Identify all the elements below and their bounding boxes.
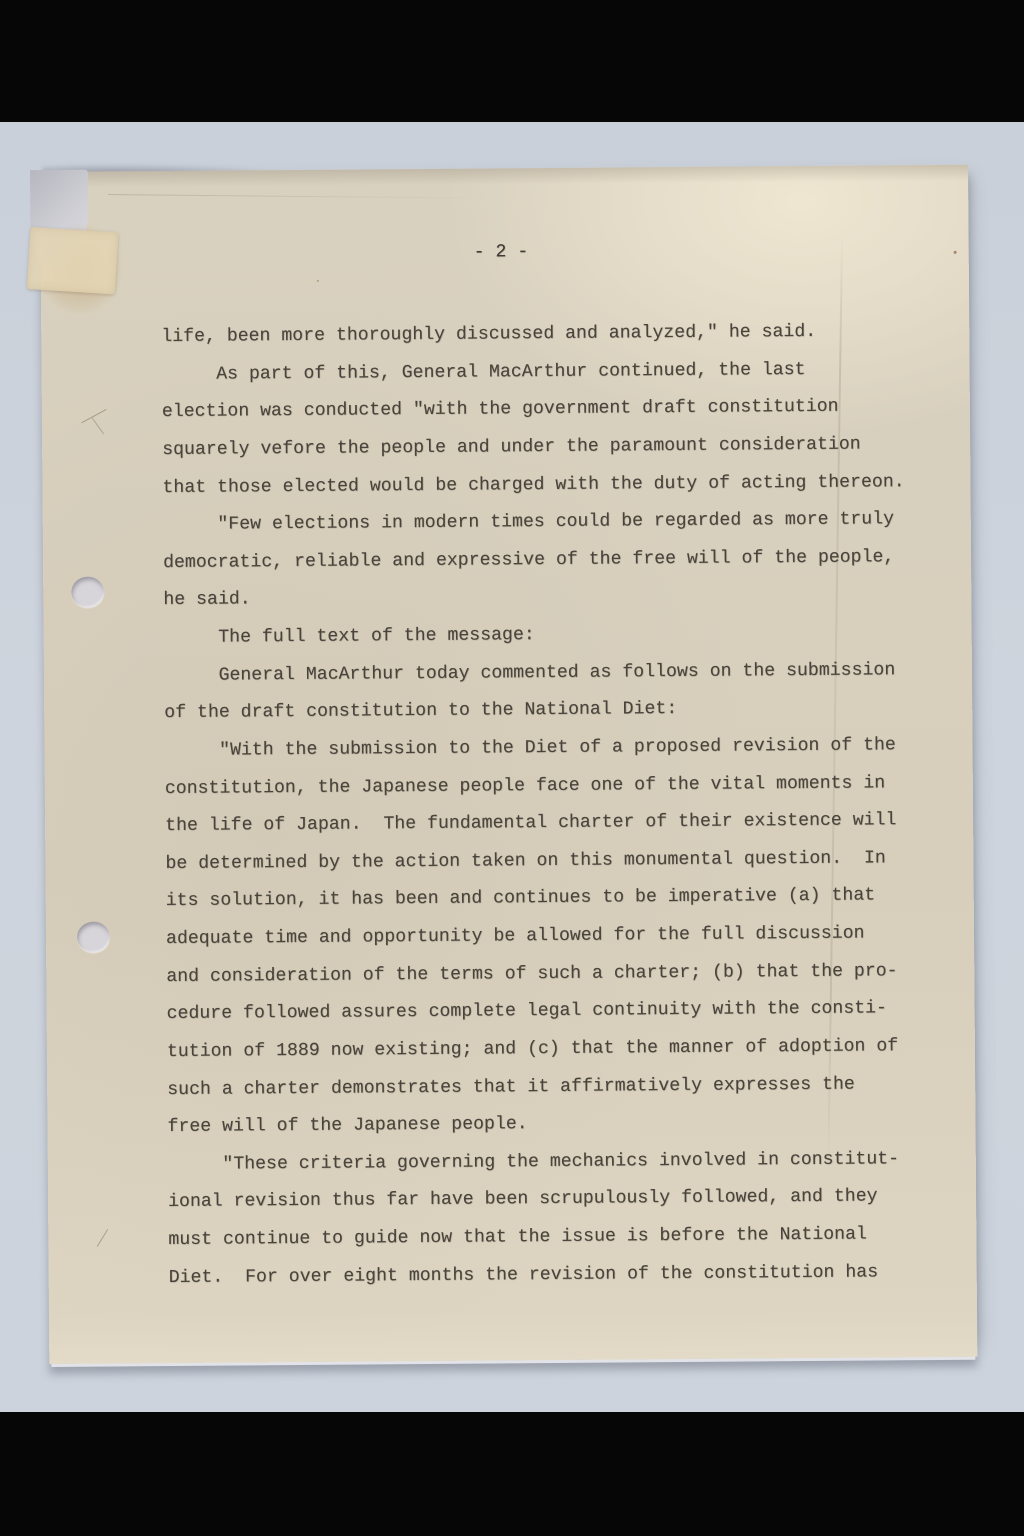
- typed-line: must continue to guide now that the issu…: [168, 1216, 958, 1260]
- typed-line: election was conducted "with the governm…: [162, 388, 952, 432]
- typed-line: such a charter demonstrates that it affi…: [167, 1065, 957, 1109]
- typed-line: The full text of the message:: [164, 614, 954, 658]
- crease-top: [108, 194, 498, 199]
- typed-line: tution of 1889 now existing; and (c) tha…: [167, 1028, 957, 1072]
- typed-line: the life of Japan. The fundamental chart…: [165, 802, 955, 846]
- typed-line: that those elected would be charged with…: [162, 463, 952, 507]
- typed-line: he said.: [163, 576, 953, 620]
- scan-mat: - 2 - life, been more thoroughly discuss…: [0, 122, 1024, 1412]
- typed-line: adequate time and opportunity be allowed…: [166, 915, 956, 959]
- typed-line: free will of the Japanese people.: [167, 1103, 957, 1147]
- typed-line: General MacArthur today commented as fol…: [164, 651, 954, 695]
- typed-line: democratic, reliable and expressive of t…: [163, 539, 953, 583]
- typed-line: "With the submission to the Diet of a pr…: [164, 727, 954, 771]
- punch-hole-bottom: [77, 921, 110, 952]
- paper-speck: [954, 251, 957, 254]
- crease-mark: [97, 1229, 108, 1247]
- punch-hole-top: [71, 577, 104, 608]
- typed-text: life, been more thoroughly discussed and…: [161, 313, 959, 1297]
- crease-mark: [92, 418, 104, 435]
- page-number: - 2 -: [474, 242, 529, 262]
- typed-line: and consideration of the terms of such a…: [166, 952, 956, 996]
- typed-line: constitution, the Japanese people face o…: [165, 764, 955, 808]
- typed-line: "These criteria governing the mechanics …: [168, 1141, 958, 1185]
- paper-page: - 2 - life, been more thoroughly discuss…: [40, 165, 977, 1364]
- typed-line: be determined by the action taken on thi…: [165, 840, 955, 884]
- typed-line: squarely vefore the people and under the…: [162, 426, 952, 470]
- typed-line: its solution, it has been and continues …: [166, 877, 956, 921]
- typed-line: Diet. For over eight months the revision…: [169, 1253, 959, 1297]
- typed-line: ional revision thus far have been scrupu…: [168, 1178, 958, 1222]
- typed-line: of the draft constitution to the Nationa…: [164, 689, 954, 733]
- tape-patch: [27, 227, 119, 294]
- typed-line: cedure followed assures complete legal c…: [166, 990, 956, 1034]
- typed-line: life, been more thoroughly discussed and…: [161, 313, 951, 357]
- typed-line: As part of this, General MacArthur conti…: [161, 350, 951, 394]
- paper-speck: [317, 280, 319, 282]
- typed-line: "Few elections in modern times could be …: [163, 501, 953, 545]
